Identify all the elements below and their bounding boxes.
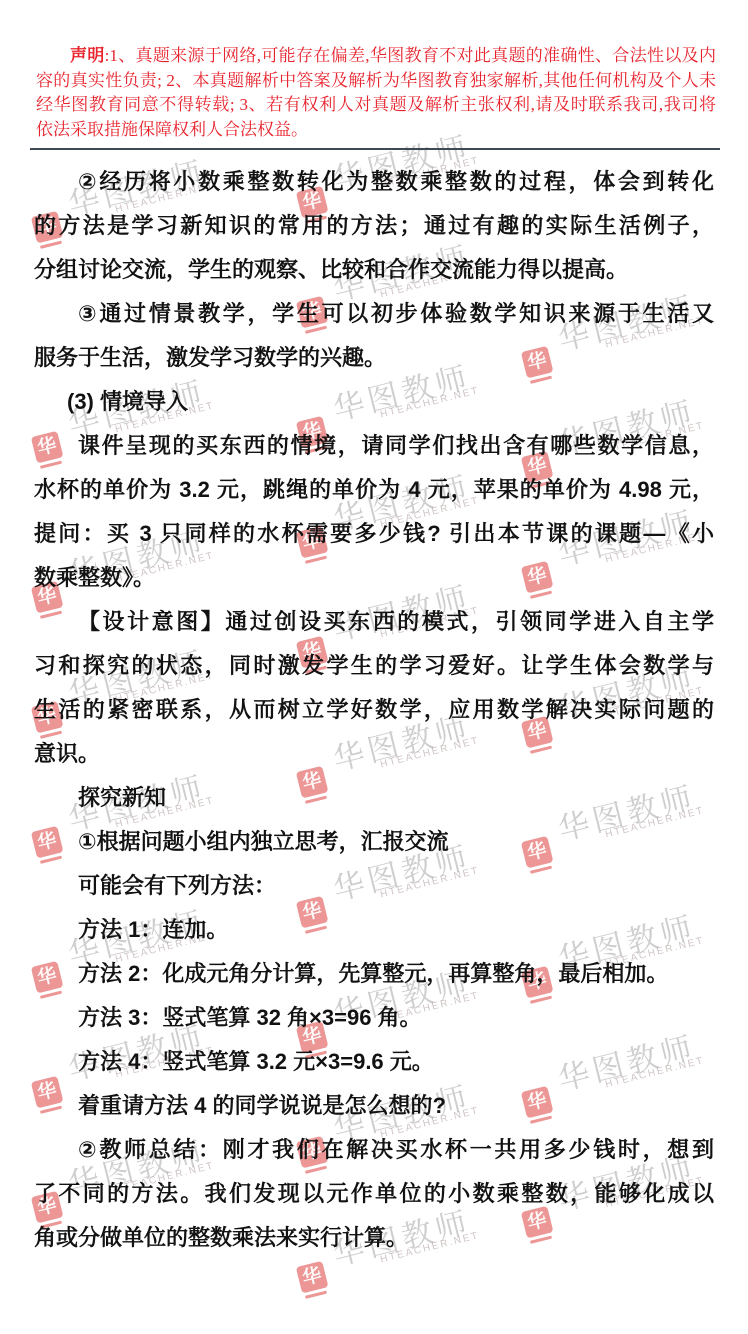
body-line: ②经历将小数乘整数转化为整数乘整数的过程，体会到转化 — [34, 160, 714, 204]
body-line: 探究新知 — [34, 776, 714, 820]
disclaimer-line: 经华图教育同意不得转载; 3、若有权利人对真题及解析主张权利,请及时联系我司,我… — [36, 93, 716, 118]
disclaimer-line: 声明:1、真题来源于网络,可能存在偏差,华图教育不对此真题的准确性、合法性以及内 — [36, 44, 716, 69]
disclaimer-line: 依法采取措施保障权利人合法权益。 — [36, 118, 716, 143]
huatu-logo-icon: 华 — [296, 1261, 329, 1294]
body-line: 【设计意图】通过创设买东西的模式，引领同学进入自主学 — [34, 600, 714, 644]
body-line: 分组讨论交流，学生的观察、比较和合作交流能力得以提高。 — [34, 248, 714, 292]
body-line: 意识。 — [34, 732, 714, 776]
disclaimer-line: 容的真实性负责; 2、本真题解析中答案及解析为华图教育独家解析,其他任何机构及个… — [36, 69, 716, 94]
body-line: 课件呈现的买东西的情境，请同学们找出含有哪些数学信息， — [34, 424, 714, 468]
document-page: 华华图教师HTEACHER.NET华华图教师HTEACHER.NET华华图教师H… — [0, 0, 748, 1334]
body-line: 的方法是学习新知识的常用的方法；通过有趣的实际生活例子， — [34, 204, 714, 248]
separator-line — [30, 148, 720, 150]
body-line: 方法 2：化成元角分计算，先算整元，再算整角，最后相加。 — [34, 952, 714, 996]
body-line: 提问：买 3 只同样的水杯需要多少钱? 引出本节课的课题—《小 — [34, 512, 714, 556]
body-line: 可能会有下列方法： — [34, 864, 714, 908]
body-line: 数乘整数》。 — [34, 556, 714, 600]
body-line: 着重请方法 4 的同学说说是怎么想的? — [34, 1084, 714, 1128]
body-line: 生活的紧密联系，从而树立学好数学，应用数学解决实际问题的 — [34, 688, 714, 732]
body-line: ②教师总结：刚才我们在解决买水杯一共用多少钱时，想到 — [34, 1128, 714, 1172]
body-line: (3) 情境导入 — [34, 380, 714, 424]
body-line: 了不同的方法。我们发现以元作单位的小数乘整数，能够化成以 — [34, 1172, 714, 1216]
body-line: 水杯的单价为 3.2 元，跳绳的单价为 4 元，苹果的单价为 4.98 元， — [34, 468, 714, 512]
body-line: 方法 4：竖式笔算 3.2 元×3=9.6 元。 — [34, 1040, 714, 1084]
body-line: ①根据问题小组内独立思考，汇报交流 — [34, 820, 714, 864]
disclaimer: 声明:1、真题来源于网络,可能存在偏差,华图教育不对此真题的准确性、合法性以及内… — [36, 44, 716, 142]
logo-caption-marks-icon — [305, 1291, 327, 1299]
body-line: 服务于生活，激发学习数学的兴趣。 — [34, 336, 714, 380]
body-line: 方法 3：竖式笔算 32 角×3=96 角。 — [34, 996, 714, 1040]
disclaimer-bold-label: 声明 — [70, 46, 105, 65]
body-line: ③通过情景教学，学生可以初步体验数学知识来源于生活又 — [34, 292, 714, 336]
body-line: 方法 1：连加。 — [34, 908, 714, 952]
body-line: 角或分做单位的整数乘法来实行计算。 — [34, 1216, 714, 1260]
body-line: 习和探究的状态，同时激发学生的学习爱好。让学生体会数学与 — [34, 644, 714, 688]
document-body: ②经历将小数乘整数转化为整数乘整数的过程，体会到转化的方法是学习新知识的常用的方… — [34, 160, 714, 1260]
